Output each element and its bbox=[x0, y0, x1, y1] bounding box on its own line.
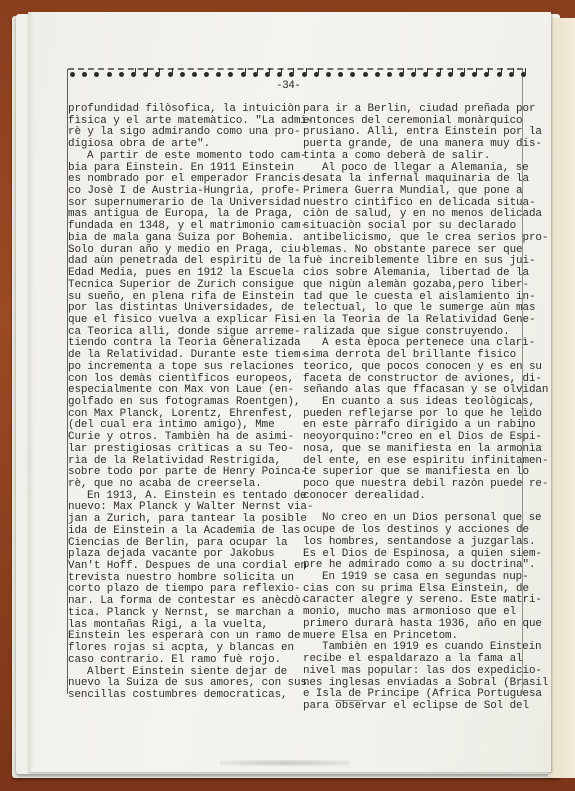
dot-mark bbox=[70, 72, 75, 77]
text-line: sencillas costumbres democraticas, bbox=[68, 690, 313, 702]
text-line: primero durarà hasta 1936, año en que bbox=[303, 619, 548, 631]
dot-mark bbox=[338, 72, 343, 77]
dot-mark bbox=[253, 72, 258, 77]
text-line: po incrementa a tope sus relaciones bbox=[68, 362, 313, 374]
text-line: lar prestigiosas crìticas a su Teo- bbox=[68, 444, 313, 456]
dot-mark bbox=[302, 72, 307, 77]
left-text-column: profundidad filòsofica, la intuiciònfìsi… bbox=[68, 104, 313, 702]
page-number: -34- bbox=[276, 80, 300, 92]
dot-mark bbox=[155, 72, 160, 77]
text-line: para ir a Berlin, ciudad preñada por bbox=[303, 104, 548, 116]
text-line: ida de Einstein a la Academia de las bbox=[68, 526, 313, 538]
text-line: teorico, que pocos conocen y es en su bbox=[303, 362, 548, 374]
dot-mark bbox=[326, 72, 331, 77]
dot-mark bbox=[143, 72, 148, 77]
text-line: conocer derealidad. bbox=[303, 491, 548, 503]
text-line: golfado en sus fotogramas Roentgen), bbox=[68, 397, 313, 409]
dot-mark bbox=[192, 72, 197, 77]
dot-mark bbox=[168, 72, 173, 77]
dot-mark bbox=[509, 72, 514, 77]
text-line: poco que nuestra debil razòn puede re- bbox=[303, 479, 548, 491]
dot-mark bbox=[265, 72, 270, 77]
text-line: en la Teorìa de la Relatividad Gene- bbox=[303, 315, 548, 327]
text-line: nivel mas popular: las dos expedicio- bbox=[303, 666, 548, 678]
dot-mark bbox=[448, 72, 453, 77]
dot-mark bbox=[363, 72, 368, 77]
ink-smudge bbox=[220, 760, 350, 766]
dot-mark bbox=[436, 72, 441, 77]
dot-mark bbox=[180, 72, 185, 77]
dot-mark bbox=[94, 72, 99, 77]
dot-mark bbox=[399, 72, 404, 77]
text-line: co Josè I de Austria-Hungrìa, profe- bbox=[68, 186, 313, 198]
dot-mark bbox=[375, 72, 380, 77]
text-line: Tecnica Superior de Zurich consigue bbox=[68, 280, 313, 292]
dot-mark bbox=[82, 72, 87, 77]
right-text-column: para ir a Berlin, ciudad preñada porento… bbox=[303, 104, 548, 713]
page-edge-shade bbox=[28, 12, 34, 772]
text-line: nosa, que se manifiesta en la armonìa bbox=[303, 444, 548, 456]
dot-mark bbox=[216, 72, 221, 77]
dot-mark bbox=[131, 72, 136, 77]
dot-mark bbox=[423, 72, 428, 77]
dot-mark bbox=[204, 72, 209, 77]
dot-mark bbox=[387, 72, 392, 77]
adjacent-page-edge bbox=[548, 18, 575, 778]
dot-mark bbox=[107, 72, 112, 77]
dot-mark bbox=[472, 72, 477, 77]
dot-mark bbox=[484, 72, 489, 77]
text-line: profundidad filòsofica, la intuiciòn bbox=[68, 104, 313, 116]
dot-mark bbox=[350, 72, 355, 77]
end-underline-mark bbox=[335, 700, 363, 701]
text-line: A partir de este momento todo cam- bbox=[68, 151, 313, 163]
text-line: Van't Hoff. Despues de una cordial en bbox=[68, 561, 313, 573]
dot-mark bbox=[241, 72, 246, 77]
text-line: que nigùn alemàn gozaba,pero liber- bbox=[303, 280, 548, 292]
text-line: bia de mala gana Suiza por Bohemia. bbox=[68, 233, 313, 245]
text-line: antibelicismo, que le crea serios pro- bbox=[303, 233, 548, 245]
text-line: caso contrario. El ramo fuè rojo. bbox=[68, 655, 313, 667]
text-line: para observar el eclipse de Sol del bbox=[303, 701, 548, 713]
dot-mark bbox=[460, 72, 465, 77]
text-line: que el fìsico vuelva a explicar Fìsi- bbox=[68, 315, 313, 327]
text-line: En cuanto a sus ideas teològicas, bbox=[303, 397, 548, 409]
dot-mark bbox=[497, 72, 502, 77]
text-line: tinta a como deberà de salir. bbox=[303, 151, 548, 163]
dot-mark bbox=[119, 72, 124, 77]
dot-mark bbox=[289, 72, 294, 77]
text-line: tica. Planck y Nernst, se marchan a bbox=[68, 608, 313, 620]
text-line: Primera Guerra Mundial, que pone a bbox=[303, 186, 548, 198]
text-line: rè, que no acaba de creersela. bbox=[68, 479, 313, 491]
text-line: los hombres, sentandose a juzgarlas. bbox=[303, 537, 548, 549]
dot-mark bbox=[521, 72, 526, 77]
text-line: En 1919 se casa en segundas nup- bbox=[303, 572, 548, 584]
dot-mark bbox=[277, 72, 282, 77]
dot-mark bbox=[314, 72, 319, 77]
dot-mark bbox=[228, 72, 233, 77]
dot-mark bbox=[411, 72, 416, 77]
